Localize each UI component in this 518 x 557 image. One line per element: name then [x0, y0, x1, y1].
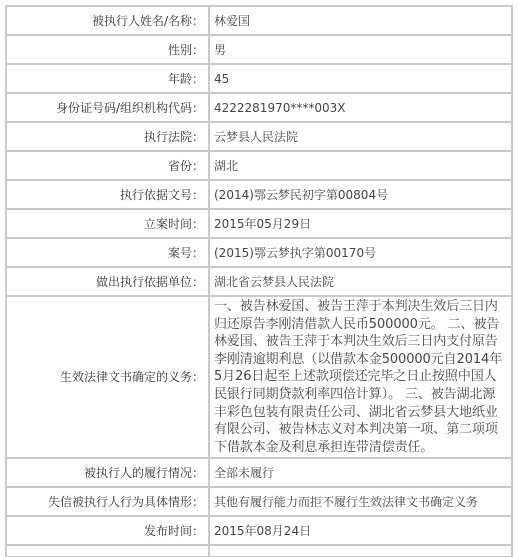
row-debtor-name: 被执行人姓名/名称： 林爱国	[6, 6, 512, 35]
label-province: 省份：	[6, 151, 209, 180]
row-id-number: 身份证号码/组织机构代码： 4222281970****003X	[6, 93, 512, 122]
value-age: 45	[209, 64, 512, 93]
label-age: 年龄：	[6, 64, 209, 93]
row-age: 年龄： 45	[6, 64, 512, 93]
value-gender: 男	[209, 35, 512, 64]
row-performance-status: 被执行人的履行情况： 全部未履行	[6, 458, 512, 487]
label-debtor-name: 被执行人姓名/名称：	[6, 6, 209, 35]
label-performance-status: 被执行人的履行情况：	[6, 458, 209, 487]
row-province: 省份： 湖北	[6, 151, 512, 180]
row-basis-document-number: 执行依据文号： (2014)鄂云梦民初字第00804号	[6, 180, 512, 209]
dishonest-debtor-info-table: 被执行人姓名/名称： 林爱国 性别： 男 年龄： 45 身份证号码/组织机构代码…	[5, 5, 513, 557]
row-gender: 性别： 男	[6, 35, 512, 64]
value-performance-status: 全部未履行	[209, 458, 512, 487]
label-case-number: 案号：	[6, 238, 209, 267]
value-executing-court: 云梦县人民法院	[209, 122, 512, 151]
value-cut-off	[209, 545, 512, 557]
row-basis-issuing-unit: 做出执行依据单位： 湖北省云梦县人民法院	[6, 267, 512, 296]
value-id-number: 4222281970****003X	[209, 93, 512, 122]
row-publish-date: 发布时间： 2015年08月24日	[6, 516, 512, 545]
row-executing-court: 执行法院： 云梦县人民法院	[6, 122, 512, 151]
value-province: 湖北	[209, 151, 512, 180]
value-publish-date: 2015年08月24日	[209, 516, 512, 545]
label-executing-court: 执行法院：	[6, 122, 209, 151]
label-basis-document-number: 执行依据文号：	[6, 180, 209, 209]
label-cut-off	[6, 545, 209, 557]
label-basis-issuing-unit: 做出执行依据单位：	[6, 267, 209, 296]
value-debtor-name: 林爱国	[209, 6, 512, 35]
label-legal-obligations: 生效法律文书确定的义务：	[6, 296, 209, 458]
row-cut-off	[6, 545, 512, 557]
label-publish-date: 发布时间：	[6, 516, 209, 545]
value-legal-obligations: 一、被告林爱国、被告王萍于本判决生效后三日内归还原告李刚清借款人民币500000…	[209, 296, 512, 458]
label-dishonest-behavior: 失信被执行人行为具体情形：	[6, 487, 209, 516]
row-case-number: 案号： (2015)鄂云梦执字第00170号	[6, 238, 512, 267]
label-id-number: 身份证号码/组织机构代码：	[6, 93, 209, 122]
row-legal-obligations: 生效法律文书确定的义务： 一、被告林爱国、被告王萍于本判决生效后三日内归还原告李…	[6, 296, 512, 458]
value-basis-document-number: (2014)鄂云梦民初字第00804号	[209, 180, 512, 209]
value-basis-issuing-unit: 湖北省云梦县人民法院	[209, 267, 512, 296]
value-filing-date: 2015年05月29日	[209, 209, 512, 238]
row-dishonest-behavior: 失信被执行人行为具体情形： 其他有履行能力而拒不履行生效法律文书确定义务	[6, 487, 512, 516]
value-case-number: (2015)鄂云梦执字第00170号	[209, 238, 512, 267]
value-dishonest-behavior: 其他有履行能力而拒不履行生效法律文书确定义务	[209, 487, 512, 516]
row-filing-date: 立案时间： 2015年05月29日	[6, 209, 512, 238]
label-gender: 性别：	[6, 35, 209, 64]
label-filing-date: 立案时间：	[6, 209, 209, 238]
